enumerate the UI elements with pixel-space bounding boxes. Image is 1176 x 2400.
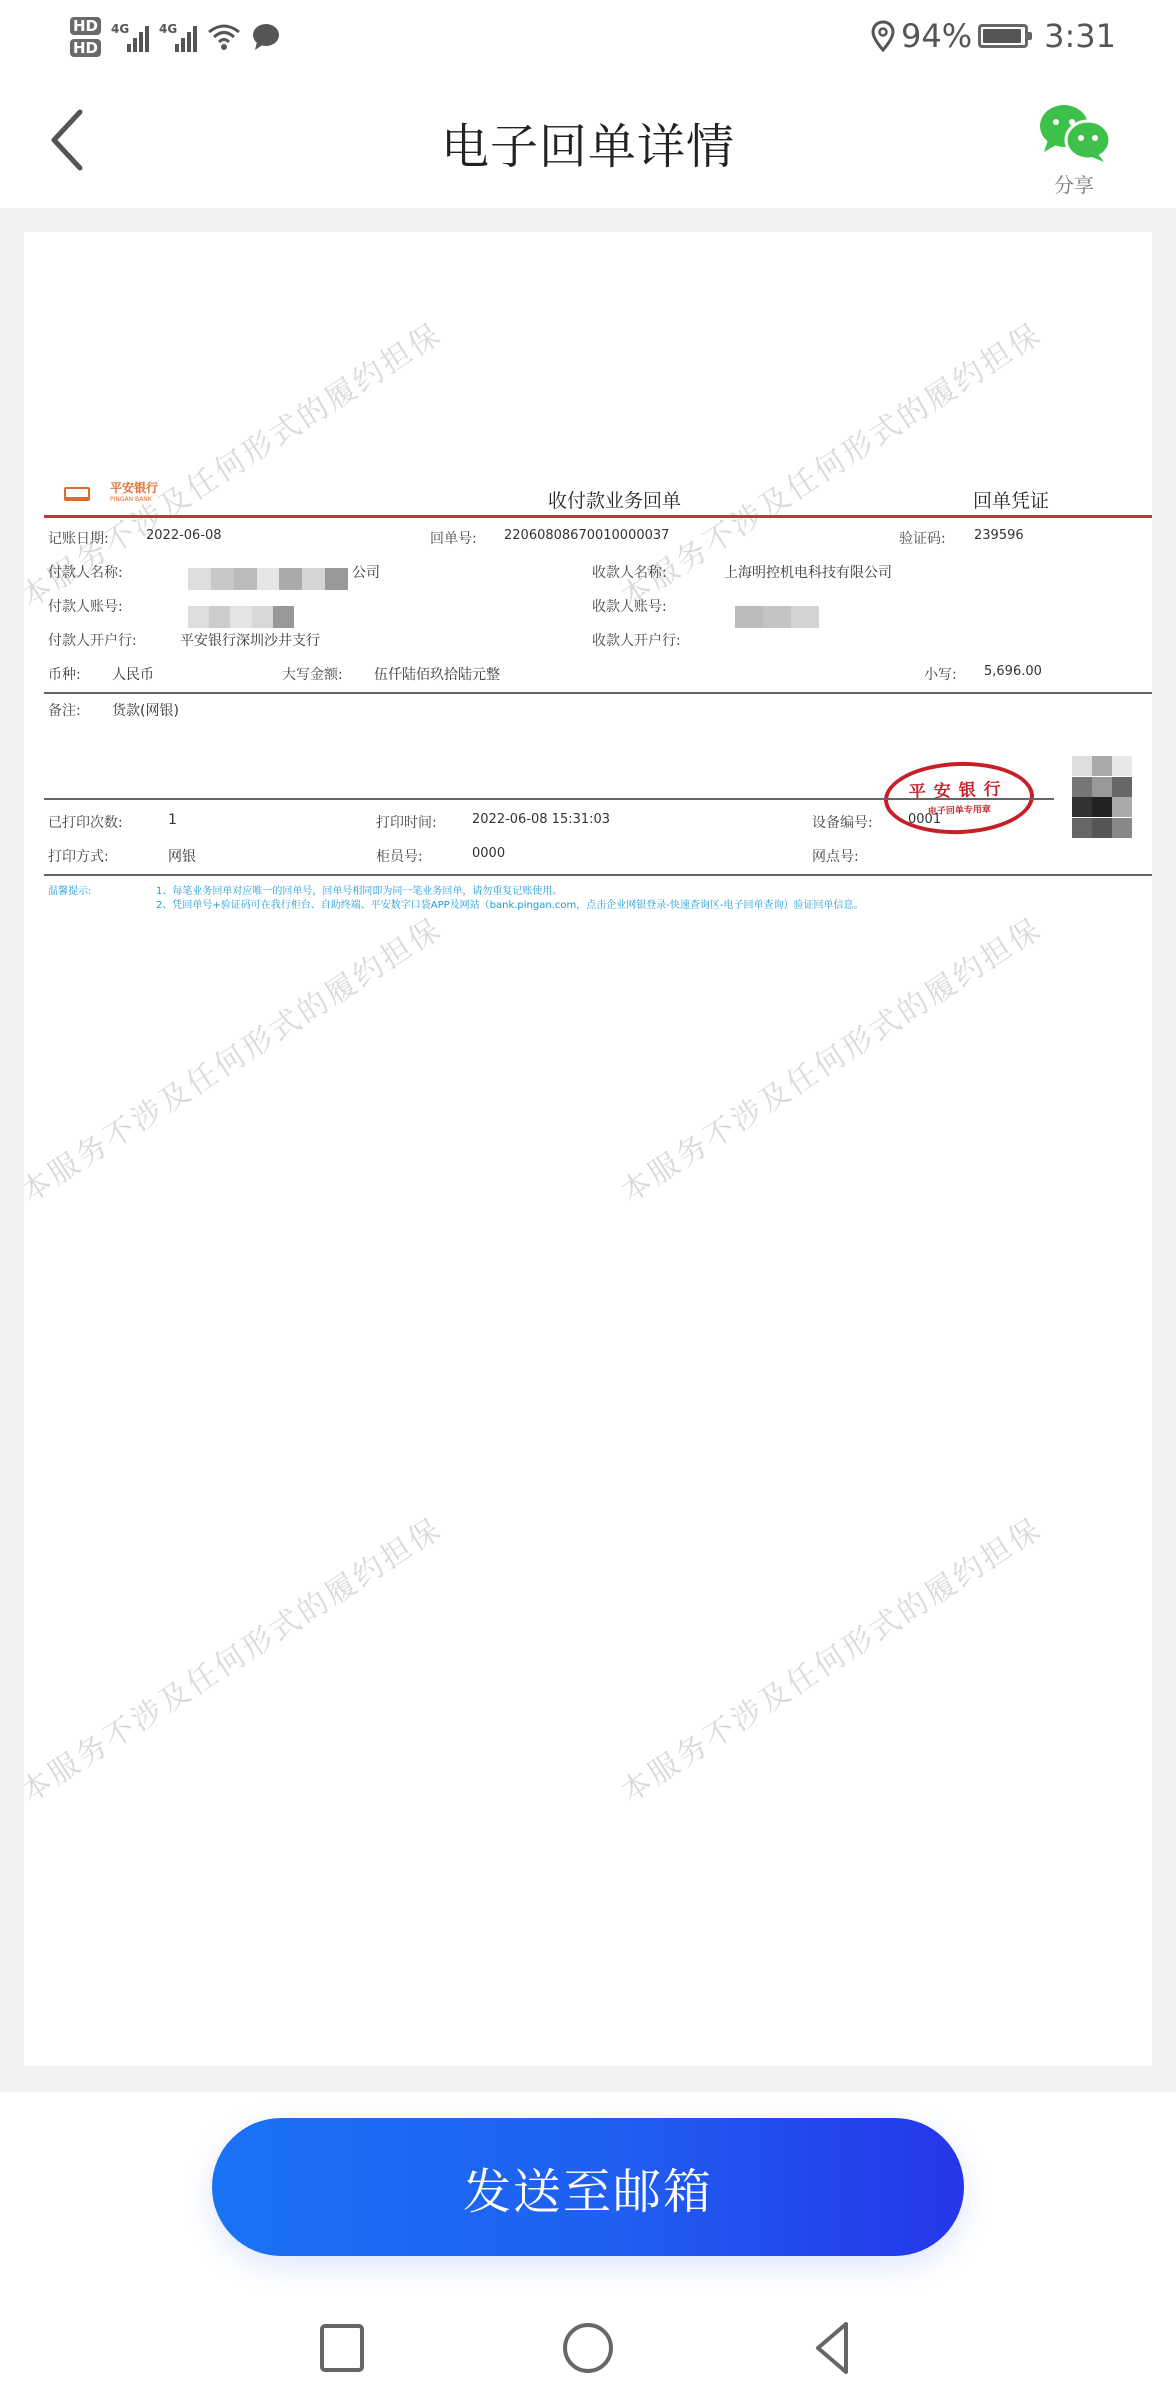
- divider: [44, 798, 1054, 800]
- status-right: 94% 3:31: [871, 14, 1116, 58]
- payer-account-redacted: [188, 606, 294, 628]
- status-bar: HD HD 4G 4G 94% 3:31: [0, 0, 1176, 72]
- accounting-date: 2022-06-08: [146, 528, 222, 543]
- wechat-icon: [1032, 102, 1116, 164]
- signal-icon: 4G: [159, 22, 197, 52]
- remark: 货款(网银): [112, 700, 179, 720]
- print-method: 网银: [168, 846, 196, 866]
- divider-red: [44, 515, 1152, 518]
- qr-redacted: [1072, 756, 1134, 838]
- verify-code: 239596: [974, 528, 1024, 543]
- payer-name-suffix: 公司: [352, 562, 380, 582]
- wifi-icon: [207, 22, 241, 52]
- network-type-1: 4G: [111, 22, 129, 36]
- nav-header: 电子回单详情 分享: [0, 72, 1176, 208]
- device-no-label: 设备编号:: [812, 812, 873, 832]
- hd-sim2: HD: [73, 39, 98, 57]
- print-time-label: 打印时间:: [376, 812, 437, 832]
- payer-name-label: 付款人名称:: [48, 562, 123, 582]
- payee-name: 上海明控机电科技有限公司: [724, 562, 892, 582]
- amount-words-label: 大写金额:: [282, 664, 343, 684]
- watermark: 本服务不涉及任何形式的履约担保: [610, 1505, 1049, 1811]
- receipt-no: 22060808670010000037: [504, 528, 669, 543]
- bank-logo: 平安银行 PINGAN BANK: [64, 482, 158, 506]
- divider: [44, 692, 1152, 694]
- remark-label: 备注:: [48, 700, 81, 720]
- hd-icon: HD HD: [70, 17, 101, 57]
- print-count: 1: [168, 812, 177, 828]
- square-icon: [310, 2316, 374, 2380]
- currency-label: 币种:: [48, 664, 81, 684]
- message-icon: [251, 22, 281, 52]
- teller-no: 0000: [472, 846, 505, 861]
- print-time: 2022-06-08 15:31:03: [472, 812, 610, 827]
- clock: 3:31: [1044, 17, 1116, 55]
- payee-bank-label: 收款人开户行:: [592, 630, 681, 650]
- send-to-email-button[interactable]: 发送至邮箱: [212, 2118, 964, 2256]
- bank-logo-icon: [64, 487, 90, 501]
- accounting-date-label: 记账日期:: [48, 528, 109, 548]
- system-back-button[interactable]: [802, 2316, 866, 2380]
- share-label: 分享: [1032, 169, 1116, 198]
- triangle-back-icon: [802, 2316, 866, 2380]
- system-nav-bar: [0, 2280, 1176, 2400]
- receipt-card[interactable]: 本服务不涉及任何形式的履约担保 本服务不涉及任何形式的履约担保 本服务不涉及任何…: [24, 232, 1152, 2066]
- amount-label: 小写:: [924, 664, 957, 684]
- status-left: HD HD 4G 4G: [70, 10, 281, 64]
- page-title: 电子回单详情: [0, 108, 1176, 177]
- watermark: 本服务不涉及任何形式的履约担保: [24, 905, 449, 1211]
- payer-bank: 平安银行深圳沙井支行: [180, 630, 320, 650]
- receipt-no-label: 回单号:: [430, 528, 477, 548]
- network-type-2: 4G: [159, 22, 177, 36]
- watermark: 本服务不涉及任何形式的履约担保: [610, 905, 1049, 1211]
- payer-name-redacted: [188, 568, 348, 590]
- verify-code-label: 验证码:: [899, 528, 946, 548]
- currency: 人民币: [112, 664, 154, 684]
- battery-icon: [978, 24, 1028, 48]
- branch-no-label: 网点号:: [812, 846, 859, 866]
- payer-account-label: 付款人账号:: [48, 596, 123, 616]
- tip-1: 1、每笔业务回单对应唯一的回单号，回单号相同即为同一笔业务回单，请勿重复记账使用…: [156, 882, 562, 897]
- location-icon: [871, 20, 895, 52]
- share-button[interactable]: 分享: [1032, 102, 1116, 198]
- payee-name-label: 收款人名称:: [592, 562, 667, 582]
- payer-bank-label: 付款人开户行:: [48, 630, 137, 650]
- tips-label: 温馨提示:: [48, 882, 91, 897]
- bank-logo-text: 平安银行 PINGAN BANK: [110, 482, 158, 506]
- recent-apps-button[interactable]: [310, 2316, 374, 2380]
- hd-sim1: HD: [73, 17, 98, 35]
- doc-title: 收付款业务回单: [548, 486, 681, 513]
- home-button[interactable]: [556, 2316, 620, 2380]
- doc-type: 回单凭证: [973, 486, 1049, 513]
- teller-no-label: 柜员号:: [376, 846, 423, 866]
- divider: [44, 874, 1152, 876]
- receipt-document: 本服务不涉及任何形式的履约担保 本服务不涉及任何形式的履约担保 本服务不涉及任何…: [24, 232, 1152, 2066]
- print-count-label: 已打印次数:: [48, 812, 123, 832]
- tip-2: 2、凭回单号+验证码可在我行柜台、自助终端、平安数字口袋APP及网站（bank.…: [156, 896, 863, 911]
- amount-words: 伍仟陆佰玖拾陆元整: [374, 664, 500, 684]
- signal-icon: 4G: [111, 22, 149, 52]
- watermark: 本服务不涉及任何形式的履约担保: [24, 1505, 449, 1811]
- print-method-label: 打印方式:: [48, 846, 109, 866]
- amount: 5,696.00: [984, 664, 1042, 679]
- device-no: 0001: [908, 812, 941, 827]
- battery-percent: 94%: [901, 17, 972, 55]
- payee-account-label: 收款人账号:: [592, 596, 667, 616]
- payee-account-redacted: [735, 606, 819, 628]
- circle-icon: [556, 2316, 620, 2380]
